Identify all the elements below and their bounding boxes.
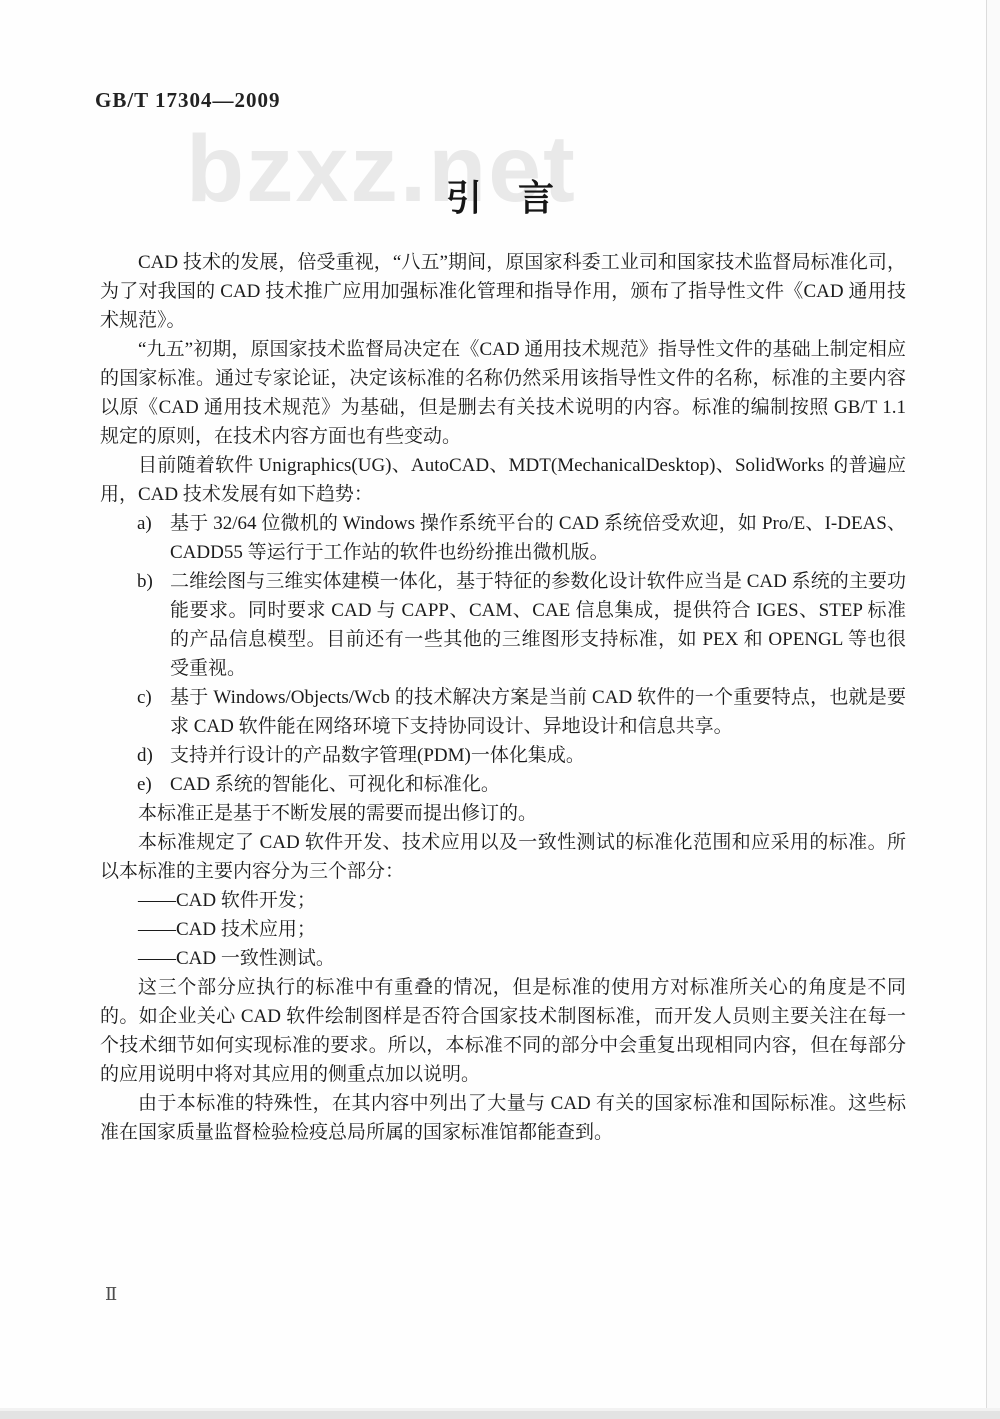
list-item-label: e) xyxy=(137,770,152,799)
list-item-label: a) xyxy=(137,509,152,538)
page-title: 引 言 xyxy=(0,170,1000,221)
dash-item-1: ——CAD 软件开发； xyxy=(100,886,906,915)
list-item-label: c) xyxy=(137,683,152,712)
list-item-a: a) 基于 32/64 位微机的 Windows 操作系统平台的 CAD 系统倍… xyxy=(100,509,906,567)
list-item-text: 支持并行设计的产品数字管理(PDM)一体化集成。 xyxy=(170,745,585,766)
scan-edge-right xyxy=(986,0,1000,1419)
scan-edge-bottom xyxy=(0,1411,1000,1419)
paragraph-2: “九五”初期，原国家技术监督局决定在《CAD 通用技术规范》指导性文件的基础上制… xyxy=(100,335,906,451)
list-item-text: 基于 Windows/Objects/Wcb 的技术解决方案是当前 CAD 软件… xyxy=(170,687,906,737)
list-item-label: d) xyxy=(137,741,153,770)
paragraph-4: 本标准正是基于不断发展的需要而提出修订的。 xyxy=(100,799,906,828)
document-body: CAD 技术的发展，倍受重视，“八五”期间，原国家科委工业司和国家技术监督局标准… xyxy=(100,248,906,1147)
paragraph-6: 这三个部分应执行的标准中有重叠的情况，但是标准的使用方对标准所关心的角度是不同的… xyxy=(100,973,906,1089)
paragraph-1: CAD 技术的发展，倍受重视，“八五”期间，原国家科委工业司和国家技术监督局标准… xyxy=(100,248,906,335)
dash-item-2: ——CAD 技术应用； xyxy=(100,915,906,944)
list-item-text: CAD 系统的智能化、可视化和标准化。 xyxy=(170,774,500,795)
dash-item-3: ——CAD 一致性测试。 xyxy=(100,944,906,973)
list-item-text: 二维绘图与三维实体建模一体化，基于特征的参数化设计软件应当是 CAD 系统的主要… xyxy=(170,571,906,679)
paragraph-5: 本标准规定了 CAD 软件开发、技术应用以及一致性测试的标准化范围和应采用的标准… xyxy=(100,828,906,886)
list-item-e: e) CAD 系统的智能化、可视化和标准化。 xyxy=(100,770,906,799)
paragraph-3: 目前随着软件 Unigraphics(UG)、AutoCAD、MDT(Mecha… xyxy=(100,451,906,509)
scanned-document-page: GB/T 17304—2009 bzxz.net 引 言 CAD 技术的发展，倍… xyxy=(0,0,1000,1419)
paragraph-7: 由于本标准的特殊性，在其内容中列出了大量与 CAD 有关的国家标准和国际标准。这… xyxy=(100,1089,906,1147)
list-item-d: d) 支持并行设计的产品数字管理(PDM)一体化集成。 xyxy=(100,741,906,770)
standard-number: GB/T 17304—2009 xyxy=(95,88,281,113)
list-item-c: c) 基于 Windows/Objects/Wcb 的技术解决方案是当前 CAD… xyxy=(100,683,906,741)
list-item-label: b) xyxy=(137,567,153,596)
list-item-text: 基于 32/64 位微机的 Windows 操作系统平台的 CAD 系统倍受欢迎… xyxy=(170,513,906,563)
page-number: Ⅱ xyxy=(105,1284,117,1305)
list-item-b: b) 二维绘图与三维实体建模一体化，基于特征的参数化设计软件应当是 CAD 系统… xyxy=(100,567,906,683)
